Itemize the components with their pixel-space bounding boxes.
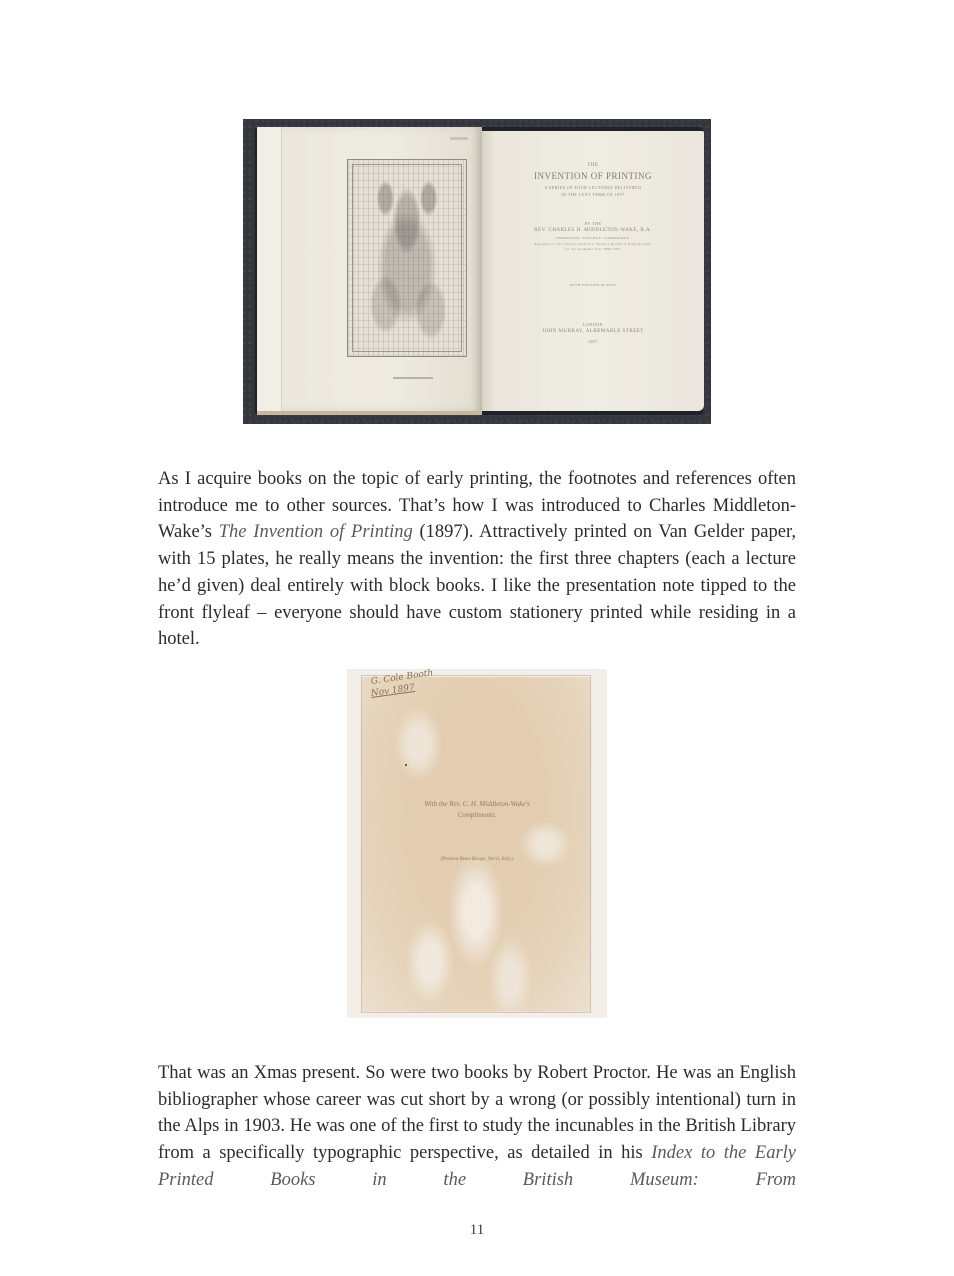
title-page-note-2: for the Academic Year 1896-1897 [482, 247, 704, 251]
printed-note-line-2: Compliments. [347, 811, 607, 819]
title-page-college: EMMANUEL COLLEGE, CAMBRIDGE [482, 236, 704, 240]
presentation-note-photo: G. Cole Booth Nov 1897 With the Rev. C. … [347, 669, 607, 1018]
plate-number-mark [450, 137, 468, 140]
page-border [361, 675, 591, 1013]
title-page-title: INVENTION OF PRINTING [482, 171, 704, 181]
frontispiece-caption-mark [393, 377, 433, 379]
title-page-year: 1897 [482, 339, 704, 344]
document-page: THE INVENTION OF PRINTING A SERIES OF FO… [0, 0, 954, 1276]
ink-dot [405, 764, 407, 766]
body-paragraph-2: That was an Xmas present. So were two bo… [158, 1060, 796, 1194]
printed-note-line-3: (Pension Beau-Rivage, Nervi, Italy.) [347, 857, 607, 862]
body-paragraph-1: As I acquire books on the topic of early… [158, 466, 796, 653]
frontispiece-page [257, 127, 482, 415]
title-page-subtitle-1: A SERIES OF FOUR LECTURES DELIVERED [482, 185, 704, 190]
woodcut-illustration [347, 159, 467, 357]
title-page-author: REV. CHARLES H. MIDDLETON-WAKE, B.A. [482, 228, 704, 233]
title-page-city: LONDON [482, 322, 704, 327]
title-page-illustrations: WITH FIFTEEN PLATES [482, 283, 704, 287]
printed-note-line-1: With the Rev. C. H. Middleton-Wake's [347, 800, 607, 808]
book-title-invention-of-printing: The Invention of Printing [219, 522, 413, 542]
title-page: THE INVENTION OF PRINTING A SERIES OF FO… [482, 131, 704, 411]
open-book-photo: THE INVENTION OF PRINTING A SERIES OF FO… [243, 119, 711, 424]
page-number: 11 [0, 1222, 954, 1239]
title-page-the: THE [482, 163, 704, 168]
woodcut-detail [352, 164, 462, 352]
title-page-subtitle-2: IN THE LENT TERM OF 1897 [482, 192, 704, 197]
title-page-by: BY THE [482, 221, 704, 226]
title-page-publisher: JOHN MURRAY, ALBEMARLE STREET [482, 329, 704, 334]
page-stub [257, 127, 282, 411]
title-page-note-1: Appointed to the Library Syndicate "Sand… [482, 242, 704, 246]
